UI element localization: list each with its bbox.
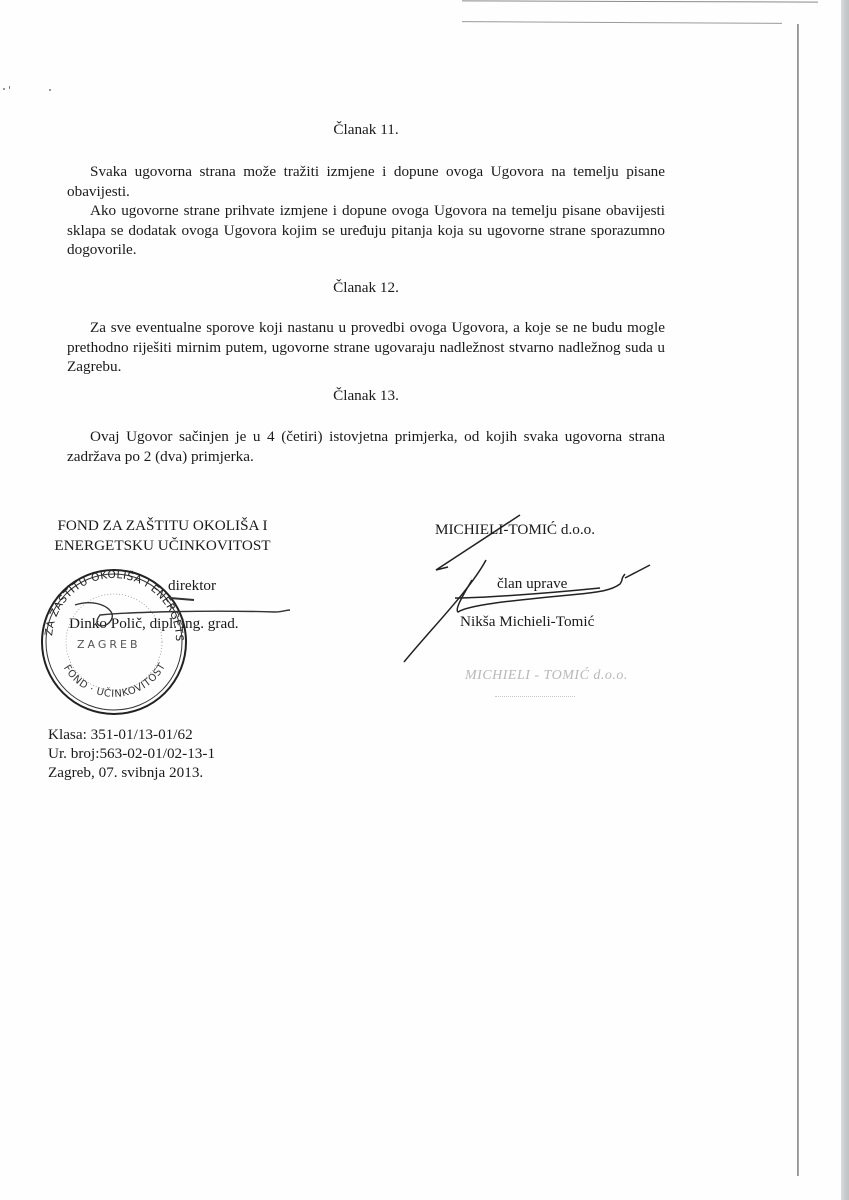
document-page: Članak 11. Svaka ugovorna strana može tr… [0, 0, 849, 1200]
company-stamp-subline [495, 690, 575, 697]
signatory-name: Nikša Michieli-Tomić [460, 612, 594, 632]
company-stamp-text: MICHIELI - TOMIĆ d.o.o. [465, 666, 628, 686]
stamp-center-text: ZAGREB [77, 638, 141, 651]
signatory-role: direktor [168, 576, 216, 596]
article-body: Za sve eventualne sporove koji nastanu u… [67, 318, 665, 377]
scan-speck [49, 89, 51, 91]
scan-artifact-line [462, 0, 818, 2]
scan-artifact-vertical-line [797, 24, 799, 1176]
article-body: Svaka ugovorna strana može tražiti izmje… [67, 162, 665, 260]
scan-edge [841, 0, 849, 1200]
article-heading: Članak 12. [67, 279, 665, 297]
svg-text:FOND · UČINKOVITOST: FOND · UČINKOVITOST [61, 661, 168, 700]
org-name-line2: ENERGETSKU UČINKOVITOST [45, 536, 280, 556]
reference-block: Klasa: 351-01/13-01/62 Ur. broj:563-02-0… [48, 725, 215, 782]
signatory-right: MICHIELI-TOMIĆ d.o.o. član uprave Nikša … [435, 520, 595, 540]
klasa: Klasa: 351-01/13-01/62 [48, 725, 215, 744]
signatory-role: član uprave [497, 574, 567, 594]
paragraph: Za sve eventualne sporove koji nastanu u… [67, 318, 665, 377]
paragraph: Ako ugovorne strane prihvate izmjene i d… [67, 201, 665, 260]
signatory-left: FOND ZA ZAŠTITU OKOLIŠA I ENERGETSKU UČI… [45, 516, 280, 555]
paragraph: Ovaj Ugovor sačinjen je u 4 (četiri) ist… [67, 427, 665, 466]
place-date: Zagreb, 07. svibnja 2013. [48, 763, 215, 782]
org-name-line1: FOND ZA ZAŠTITU OKOLIŠA I [45, 516, 280, 536]
signatory-name: Dinko Polič, dipl. ing. grad. [69, 614, 239, 634]
ur-broj: Ur. broj:563-02-01/02-13-1 [48, 744, 215, 763]
org-name: MICHIELI-TOMIĆ d.o.o. [435, 520, 595, 540]
scan-speck [3, 88, 5, 90]
article-heading: Članak 13. [67, 387, 665, 405]
scan-speck [9, 86, 10, 89]
article-body: Ovaj Ugovor sačinjen je u 4 (četiri) ist… [67, 427, 665, 466]
paragraph: Svaka ugovorna strana može tražiti izmje… [67, 162, 665, 201]
signature-stroke [170, 598, 194, 600]
article-heading: Članak 11. [67, 121, 665, 139]
scan-artifact-line [462, 21, 782, 24]
